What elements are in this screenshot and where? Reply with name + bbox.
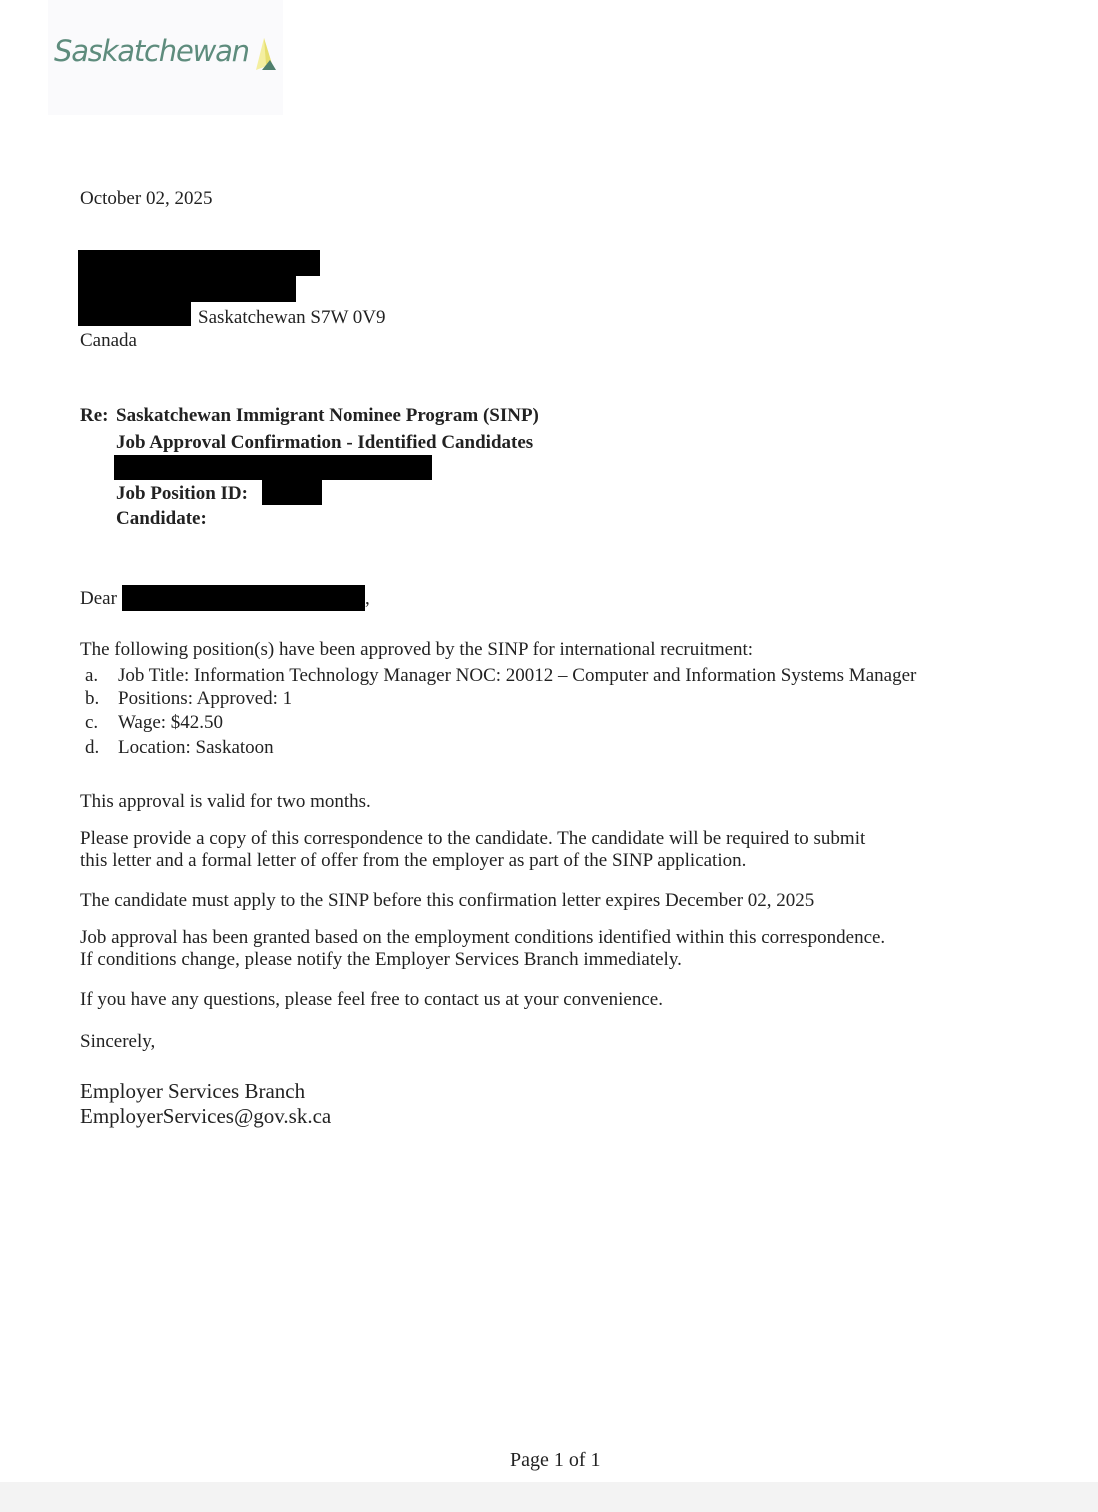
page-number: Page 1 of 1: [510, 1449, 601, 1472]
salutation-comma: ,: [365, 588, 370, 610]
conditions-paragraph-line1: Job approval has been granted based on t…: [80, 927, 885, 949]
page-bottom-edge: [0, 1482, 1098, 1512]
subject-line1: Saskatchewan Immigrant Nominee Program (…: [116, 405, 539, 427]
candidate-label: Candidate:: [116, 508, 207, 530]
signature-name: Employer Services Branch: [80, 1079, 305, 1104]
copy-paragraph-line2: this letter and a formal letter of offer…: [80, 850, 746, 872]
letter-date: October 02, 2025: [80, 188, 212, 210]
redacted-job-position-id: [262, 480, 322, 505]
validity-paragraph: This approval is valid for two months.: [80, 791, 371, 813]
salutation-prefix: Dear: [80, 588, 117, 610]
list-marker: d.: [85, 737, 99, 759]
wheat-sail-icon: [252, 34, 278, 72]
job-position-label: Job Position ID:: [116, 483, 248, 505]
redacted-address-line2: [78, 276, 296, 302]
list-marker: c.: [85, 712, 98, 734]
position-job-title: Job Title: Information Technology Manage…: [118, 665, 916, 687]
conditions-paragraph-line2: If conditions change, please notify the …: [80, 949, 682, 971]
subject-re-label: Re:: [80, 405, 108, 427]
signature-email[interactable]: EmployerServices@gov.sk.ca: [80, 1104, 331, 1129]
deadline-paragraph: The candidate must apply to the SINP bef…: [80, 890, 814, 912]
logo-text: Saskatchewan: [54, 34, 249, 68]
redacted-address-line1: [78, 250, 320, 276]
address-city-line: Saskatchewan S7W 0V9: [198, 307, 386, 329]
redacted-address-line3: [78, 302, 191, 326]
copy-paragraph-line1: Please provide a copy of this correspond…: [80, 828, 865, 850]
list-marker: b.: [85, 688, 99, 710]
position-wage: Wage: $42.50: [118, 712, 223, 734]
closing: Sincerely,: [80, 1031, 155, 1053]
position-location: Location: Saskatoon: [118, 737, 274, 759]
intro-text: The following position(s) have been appr…: [80, 639, 753, 661]
questions-paragraph: If you have any questions, please feel f…: [80, 989, 663, 1011]
redacted-employer-name: [114, 455, 432, 480]
list-marker: a.: [85, 665, 98, 687]
address-country: Canada: [80, 330, 137, 352]
subject-line2: Job Approval Confirmation - Identified C…: [116, 432, 533, 454]
redacted-recipient-name: [122, 585, 365, 611]
position-count: Positions: Approved: 1: [118, 688, 292, 710]
